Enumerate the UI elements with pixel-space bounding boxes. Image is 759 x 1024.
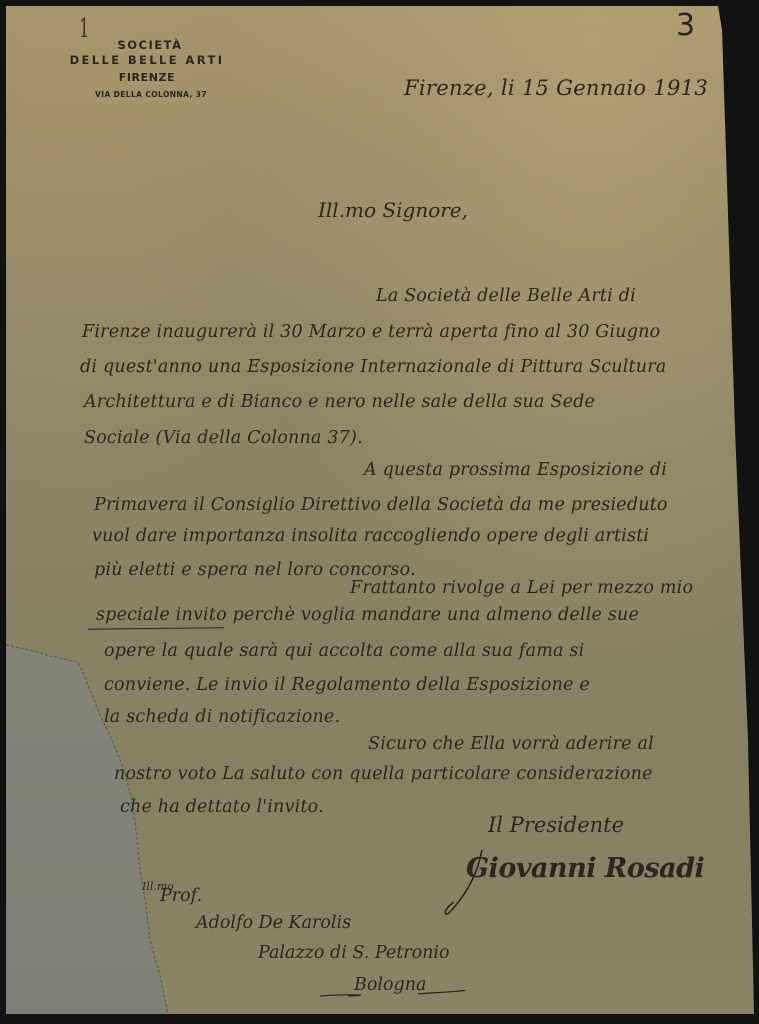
body-line: vuol dare importanza insolita raccoglien… xyxy=(92,526,649,546)
body-line: Primavera il Consiglio Direttivo della S… xyxy=(94,495,668,515)
salutation: Ill.mo Signore, xyxy=(318,198,468,222)
body-line: speciale invito perchè voglia mandare un… xyxy=(96,605,639,625)
letterhead-city: FIRENZE xyxy=(52,69,242,86)
body-line: nostro voto La saluto con quella partico… xyxy=(114,764,653,784)
signature: Giovanni Rosadi xyxy=(466,853,704,884)
page-number: 3 xyxy=(676,8,695,43)
body-line: opere la quale sarà qui accolta come all… xyxy=(104,641,584,661)
body-line: Sicuro che Ella vorrà aderire al xyxy=(368,734,654,754)
body-line: Firenze inaugurerà il 30 Marzo e terrà a… xyxy=(82,322,660,342)
addressee-address: Palazzo di S. Petronio xyxy=(258,943,450,963)
body-line: che ha dettato l'invito. xyxy=(120,797,324,817)
body-line: la scheda di notificazione. xyxy=(104,707,340,727)
addressee-name: Adolfo De Karolis xyxy=(196,913,351,933)
body-line: A questa prossima Esposizione di xyxy=(364,460,667,480)
letterhead-address: VIA DELLA COLONNA, 37 xyxy=(60,86,242,104)
addressee-title: Prof. xyxy=(160,886,202,906)
body-line: Frattanto rivolge a Lei per mezzo mio xyxy=(350,578,693,598)
body-line: Architettura e di Bianco e nero nelle sa… xyxy=(84,392,595,412)
letterhead: SOCIETÀ DELLE BELLE ARTI FIRENZE VIA DEL… xyxy=(52,38,242,104)
letterhead-society: SOCIETÀ xyxy=(58,38,242,52)
closing-title: Il Presidente xyxy=(488,813,624,837)
body-line: di quest'anno una Esposizione Internazio… xyxy=(80,357,666,377)
body-line: conviene. Le invio il Regolamento della … xyxy=(104,675,590,695)
addressee-city: Bologna xyxy=(354,975,426,995)
document-photo: 1 3 SOCIETÀ DELLE BELLE ARTI FIRENZE VIA… xyxy=(0,0,759,1024)
body-line: Sociale (Via della Colonna 37). xyxy=(84,428,363,448)
date-line: Firenze, li 15 Gennaio 1913 xyxy=(404,76,708,100)
body-line: La Società delle Belle Arti di xyxy=(376,286,636,306)
letterhead-name: DELLE BELLE ARTI xyxy=(52,52,242,69)
body-line: più eletti e spera nel loro concorso. xyxy=(94,560,416,580)
